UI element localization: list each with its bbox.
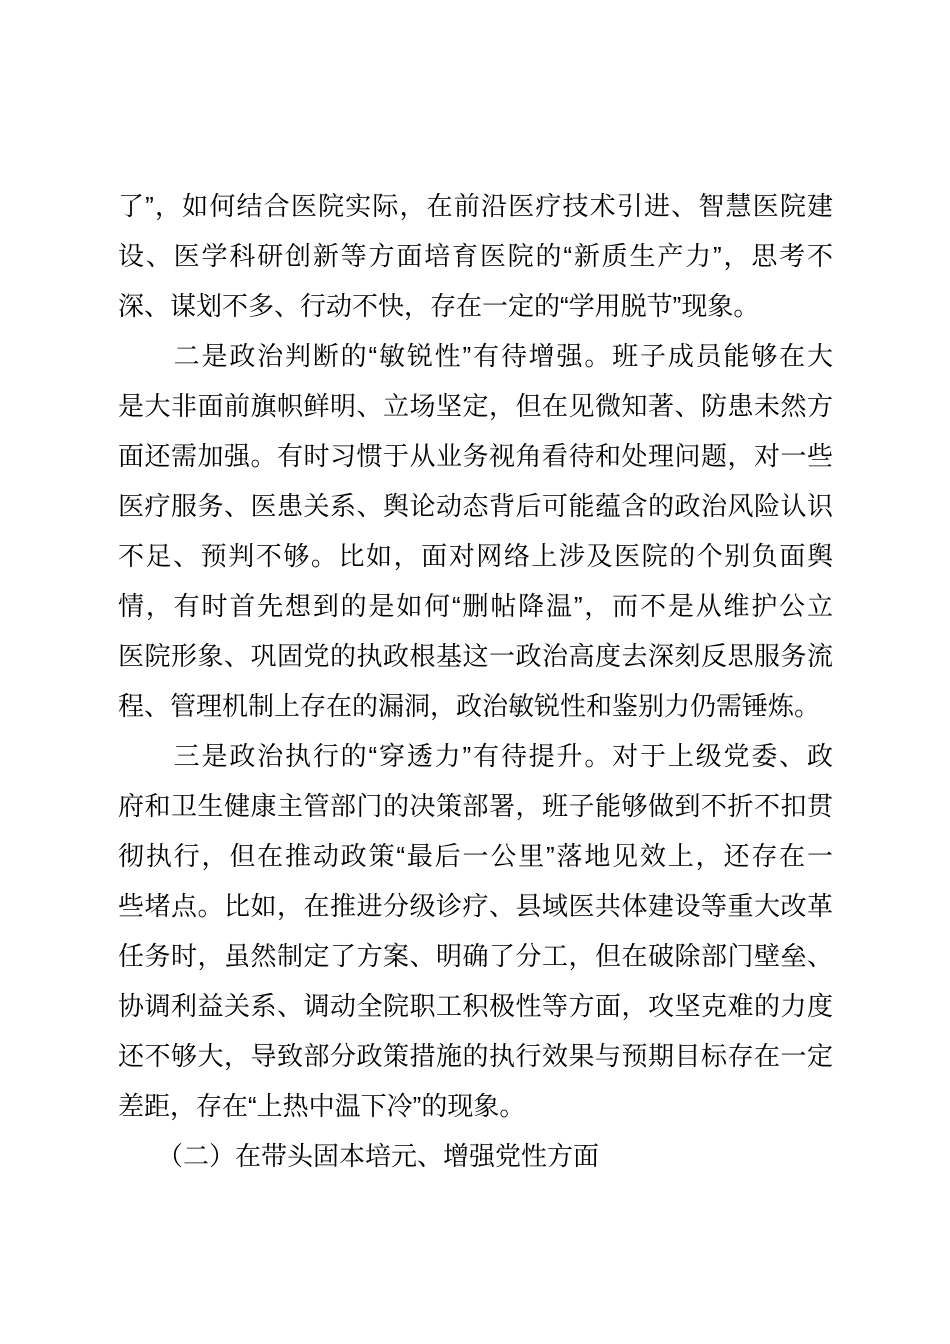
body-text-line: 三是政治执行的“穿透力”有待提升。对于上级党委、政	[118, 731, 833, 781]
body-text-line: 医疗服务、医患关系、舆论动态背后可能蕴含的政治风险认识	[118, 481, 833, 531]
body-text-line: 程、管理机制上存在的漏洞，政治敏锐性和鉴别力仍需锤炼。	[118, 681, 833, 731]
body-text-line: 不足、预判不够。比如，面对网络上涉及医院的个别负面舆	[118, 531, 833, 581]
body-text-line: 差距，存在“上热中温下冷”的现象。	[118, 1081, 833, 1131]
body-text-line: 是大非面前旗帜鲜明、立场坚定，但在见微知著、防患未然方	[118, 381, 833, 431]
body-text-line: 了”，如何结合医院实际，在前沿医疗技术引进、智慧医院建	[118, 181, 833, 231]
body-text-line: 府和卫生健康主管部门的决策部署，班子能够做到不折不扣贯	[118, 781, 833, 831]
body-text-line: 设、医学科研创新等方面培育医院的“新质生产力”，思考不	[118, 231, 833, 281]
document-page: 了”，如何结合医院实际，在前沿医疗技术引进、智慧医院建设、医学科研创新等方面培育…	[0, 0, 950, 1344]
document-body: 了”，如何结合医院实际，在前沿医疗技术引进、智慧医院建设、医学科研创新等方面培育…	[118, 181, 833, 1181]
body-text-line: 协调利益关系、调动全院职工积极性等方面，攻坚克难的力度	[118, 981, 833, 1031]
body-text-line: 情，有时首先想到的是如何“删帖降温”，而不是从维护公立	[118, 581, 833, 631]
body-text-line: 深、谋划不多、行动不快，存在一定的“学用脱节”现象。	[118, 281, 833, 331]
body-text-line: 任务时，虽然制定了方案、明确了分工，但在破除部门壁垒、	[118, 931, 833, 981]
body-text-line: 二是政治判断的“敏锐性”有待增强。班子成员能够在大	[118, 331, 833, 381]
body-text-line: 些堵点。比如，在推进分级诊疗、县域医共体建设等重大改革	[118, 881, 833, 931]
body-text-line: 彻执行，但在推动政策“最后一公里”落地见效上，还存在一	[118, 831, 833, 881]
body-text-line: 面还需加强。有时习惯于从业务视角看待和处理问题，对一些	[118, 431, 833, 481]
body-text-line: 还不够大，导致部分政策措施的执行效果与预期目标存在一定	[118, 1031, 833, 1081]
body-text-line: 医院形象、巩固党的执政根基这一政治高度去深刻反思服务流	[118, 631, 833, 681]
section-heading-line: （二）在带头固本培元、增强党性方面	[118, 1131, 833, 1181]
